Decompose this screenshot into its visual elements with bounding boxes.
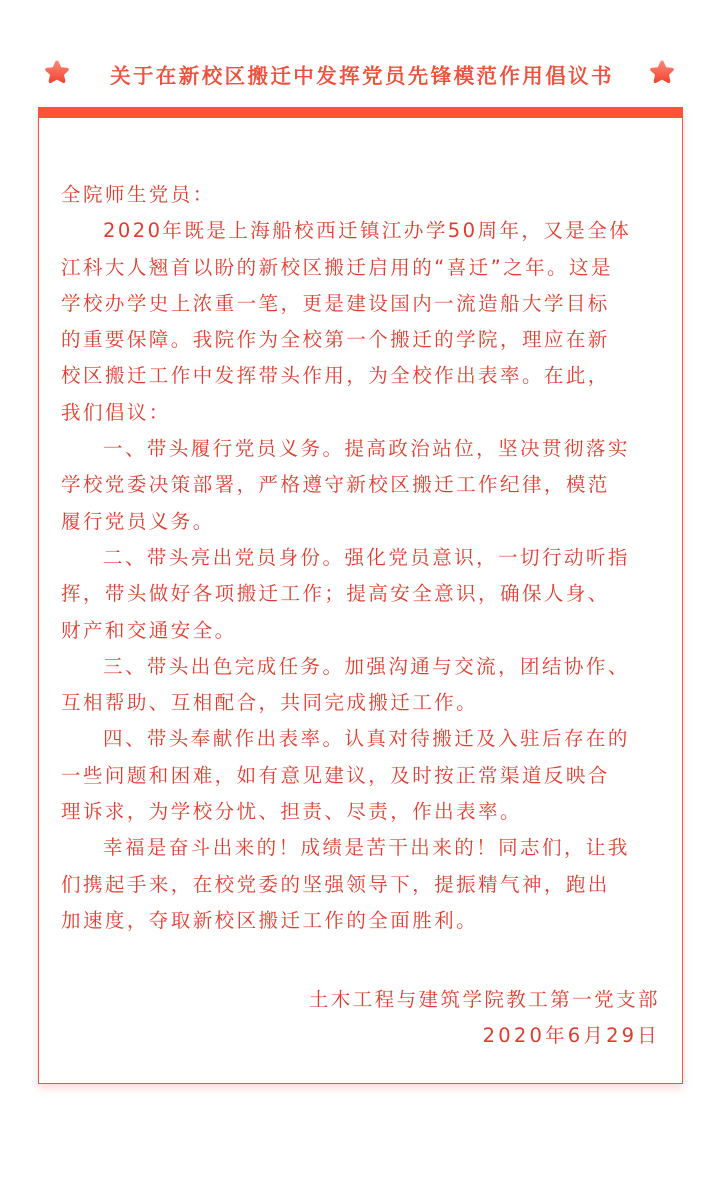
signature-block: 土木工程与建筑学院教工第一党支部 2020年6月29日 — [309, 982, 660, 1055]
signature-organization: 土木工程与建筑学院教工第一党支部 — [309, 982, 660, 1018]
proposal-4-line: 理诉求，为学校分忧、担责、尽责，作出表率。 — [61, 794, 661, 830]
letter-body: 全院师生党员： 2020年既是上海船校西迁镇江办学50周年，又是全体 江科大人翘… — [61, 177, 661, 939]
star-icon — [42, 58, 72, 88]
proposal-2-line: 财产和交通安全。 — [61, 613, 661, 649]
body-line: 学校办学史上浓重一笔，更是建设国内一流造船大学目标 — [61, 286, 661, 322]
document-header: 关于在新校区搬迁中发挥党员先锋模范作用倡议书 — [0, 54, 720, 94]
proposal-1-line: 一、带头履行党员义务。提高政治站位，坚决贯彻落实 — [61, 431, 661, 467]
proposal-4-line: 一些问题和困难，如有意见建议，及时按正常渠道反映合 — [61, 758, 661, 794]
closing-line: 加速度，夺取新校区搬迁工作的全面胜利。 — [61, 903, 661, 939]
body-line: 2020年既是上海船校西迁镇江办学50周年，又是全体 — [61, 213, 661, 249]
body-line: 我们倡议： — [61, 395, 661, 431]
body-line: 的重要保障。我院作为全校第一个搬迁的学院，理应在新 — [61, 322, 661, 358]
closing-line: 幸福是奋斗出来的！成绩是苦干出来的！同志们，让我 — [61, 830, 661, 866]
star-icon — [647, 58, 677, 88]
document-title: 关于在新校区搬迁中发挥党员先锋模范作用倡议书 — [110, 59, 614, 89]
letter-card: 全院师生党员： 2020年既是上海船校西迁镇江办学50周年，又是全体 江科大人翘… — [38, 107, 683, 1084]
signature-date: 2020年6月29日 — [309, 1018, 660, 1054]
proposal-3-line: 互相帮助、互相配合，共同完成搬迁工作。 — [61, 685, 661, 721]
card-top-bar — [38, 107, 683, 118]
body-line: 江科大人翘首以盼的新校区搬迁启用的“喜迁”之年。这是 — [61, 250, 661, 286]
proposal-2-line: 二、带头亮出党员身份。强化党员意识，一切行动听指 — [61, 540, 661, 576]
proposal-4-line: 四、带头奉献作出表率。认真对待搬迁及入驻后存在的 — [61, 721, 661, 757]
body-line: 校区搬迁工作中发挥带头作用，为全校作出表率。在此， — [61, 358, 661, 394]
proposal-3-line: 三、带头出色完成任务。加强沟通与交流，团结协作、 — [61, 649, 661, 685]
salutation: 全院师生党员： — [61, 177, 661, 213]
closing-line: 们携起手来，在校党委的坚强领导下，提振精气神，跑出 — [61, 867, 661, 903]
proposal-2-line: 挥，带头做好各项搬迁工作；提高安全意识，确保人身、 — [61, 576, 661, 612]
proposal-1-line: 履行党员义务。 — [61, 504, 661, 540]
proposal-1-line: 学校党委决策部署，严格遵守新校区搬迁工作纪律，模范 — [61, 467, 661, 503]
